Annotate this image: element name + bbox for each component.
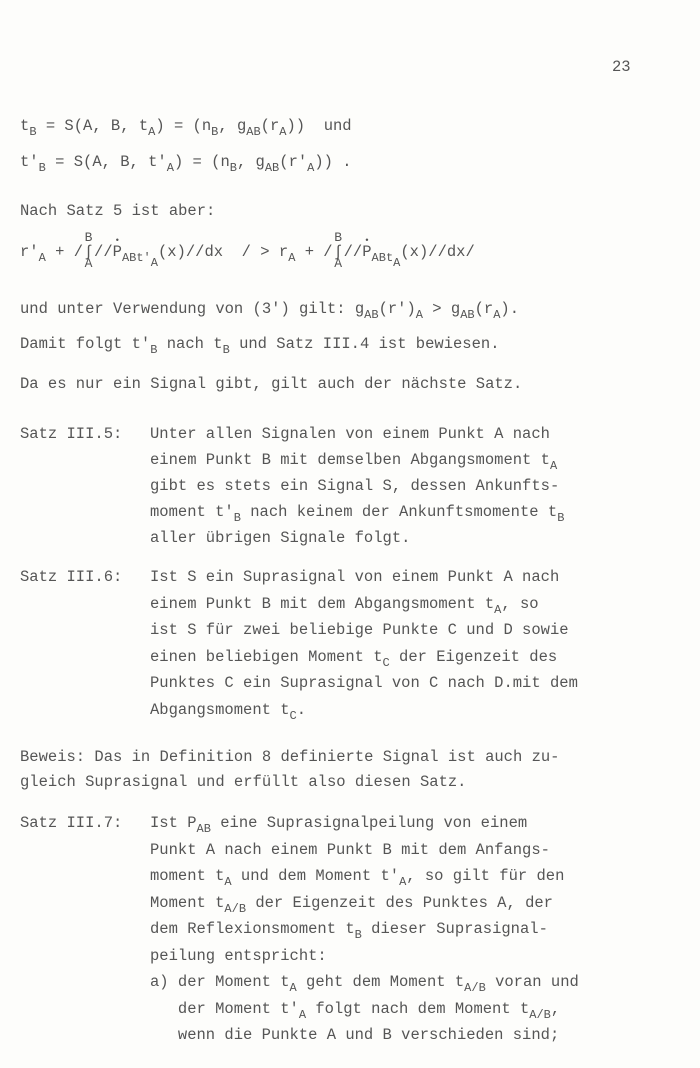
theorem-line: peilung entspricht: <box>150 946 327 966</box>
paragraph-damit: Damit folgt t'B nach tB und Satz III.4 i… <box>20 334 500 354</box>
theorem-line: Unter allen Signalen von einem Punkt A n… <box>150 424 550 444</box>
theorem-line: Abgangsmoment tC. <box>150 700 306 720</box>
theorem-line: aller übrigen Signale folgt. <box>150 528 410 548</box>
theorem-line: Ist S ein Suprasignal von einem Punkt A … <box>150 567 559 587</box>
paragraph-nach-satz: Nach Satz 5 ist aber: <box>20 201 215 221</box>
theorem-label: Satz III.5: <box>20 424 122 444</box>
beweis-line-1: Beweis: Das in Definition 8 definierte S… <box>20 747 560 767</box>
theorem-line: der Moment t'A folgt nach dem Moment tA/… <box>150 999 560 1019</box>
paragraph-da-es: Da es nur ein Signal gibt, gilt auch der… <box>20 374 522 394</box>
page-number: 23 <box>612 58 631 76</box>
beweis-line-2: gleich Suprasignal und erfüllt also dies… <box>20 772 466 792</box>
theorem-line: a) der Moment tA geht dem Moment tA/B vo… <box>150 972 579 992</box>
theorem-line: gibt es stets ein Signal S, dessen Ankun… <box>150 476 559 496</box>
theorem-line: Punkt A nach einem Punkt B mit dem Anfan… <box>150 840 550 860</box>
theorem-line: einem Punkt B mit demselben Abgangsmomen… <box>150 450 557 470</box>
integral-sign: B∫A <box>333 242 344 262</box>
theorem-line: Punktes C ein Suprasignal von C nach D.m… <box>150 673 578 693</box>
integral-sign: B∫A <box>83 242 94 262</box>
equation-2: t'B = S(A, B, t'A) = (nB, gAB(r'A)) . <box>20 152 352 172</box>
document-page: 23 tB = S(A, B, tA) = (nB, gAB(rA)) und … <box>0 0 700 1068</box>
integral-inequality: r'A + /B∫A//PABt'A(x)//dx / > rA + /B∫A/… <box>20 242 475 263</box>
theorem-line: Moment tA/B der Eigenzeit des Punktes A,… <box>150 893 553 913</box>
theorem-line: moment t'B nach keinem der Ankunftsmomen… <box>150 502 564 522</box>
theorem-line: einem Punkt B mit dem Abgangsmoment tA, … <box>150 594 539 614</box>
theorem-line: einen beliebigen Moment tC der Eigenzeit… <box>150 647 557 667</box>
theorem-line: dem Reflexionsmoment tB dieser Suprasign… <box>150 919 548 939</box>
theorem-label: Satz III.6: <box>20 567 122 587</box>
theorem-line: wenn die Punkte A und B verschieden sind… <box>150 1025 559 1045</box>
paragraph-unter-verwendung: und unter Verwendung von (3') gilt: gAB(… <box>20 299 519 319</box>
theorem-line: moment tA und dem Moment t'A, so gilt fü… <box>150 866 564 886</box>
equation-1: tB = S(A, B, tA) = (nB, gAB(rA)) und <box>20 116 352 136</box>
theorem-line: Ist PAB eine Suprasignalpeilung von eine… <box>150 813 527 833</box>
theorem-line: ist S für zwei beliebige Punkte C und D … <box>150 620 569 640</box>
theorem-label: Satz III.7: <box>20 813 122 833</box>
